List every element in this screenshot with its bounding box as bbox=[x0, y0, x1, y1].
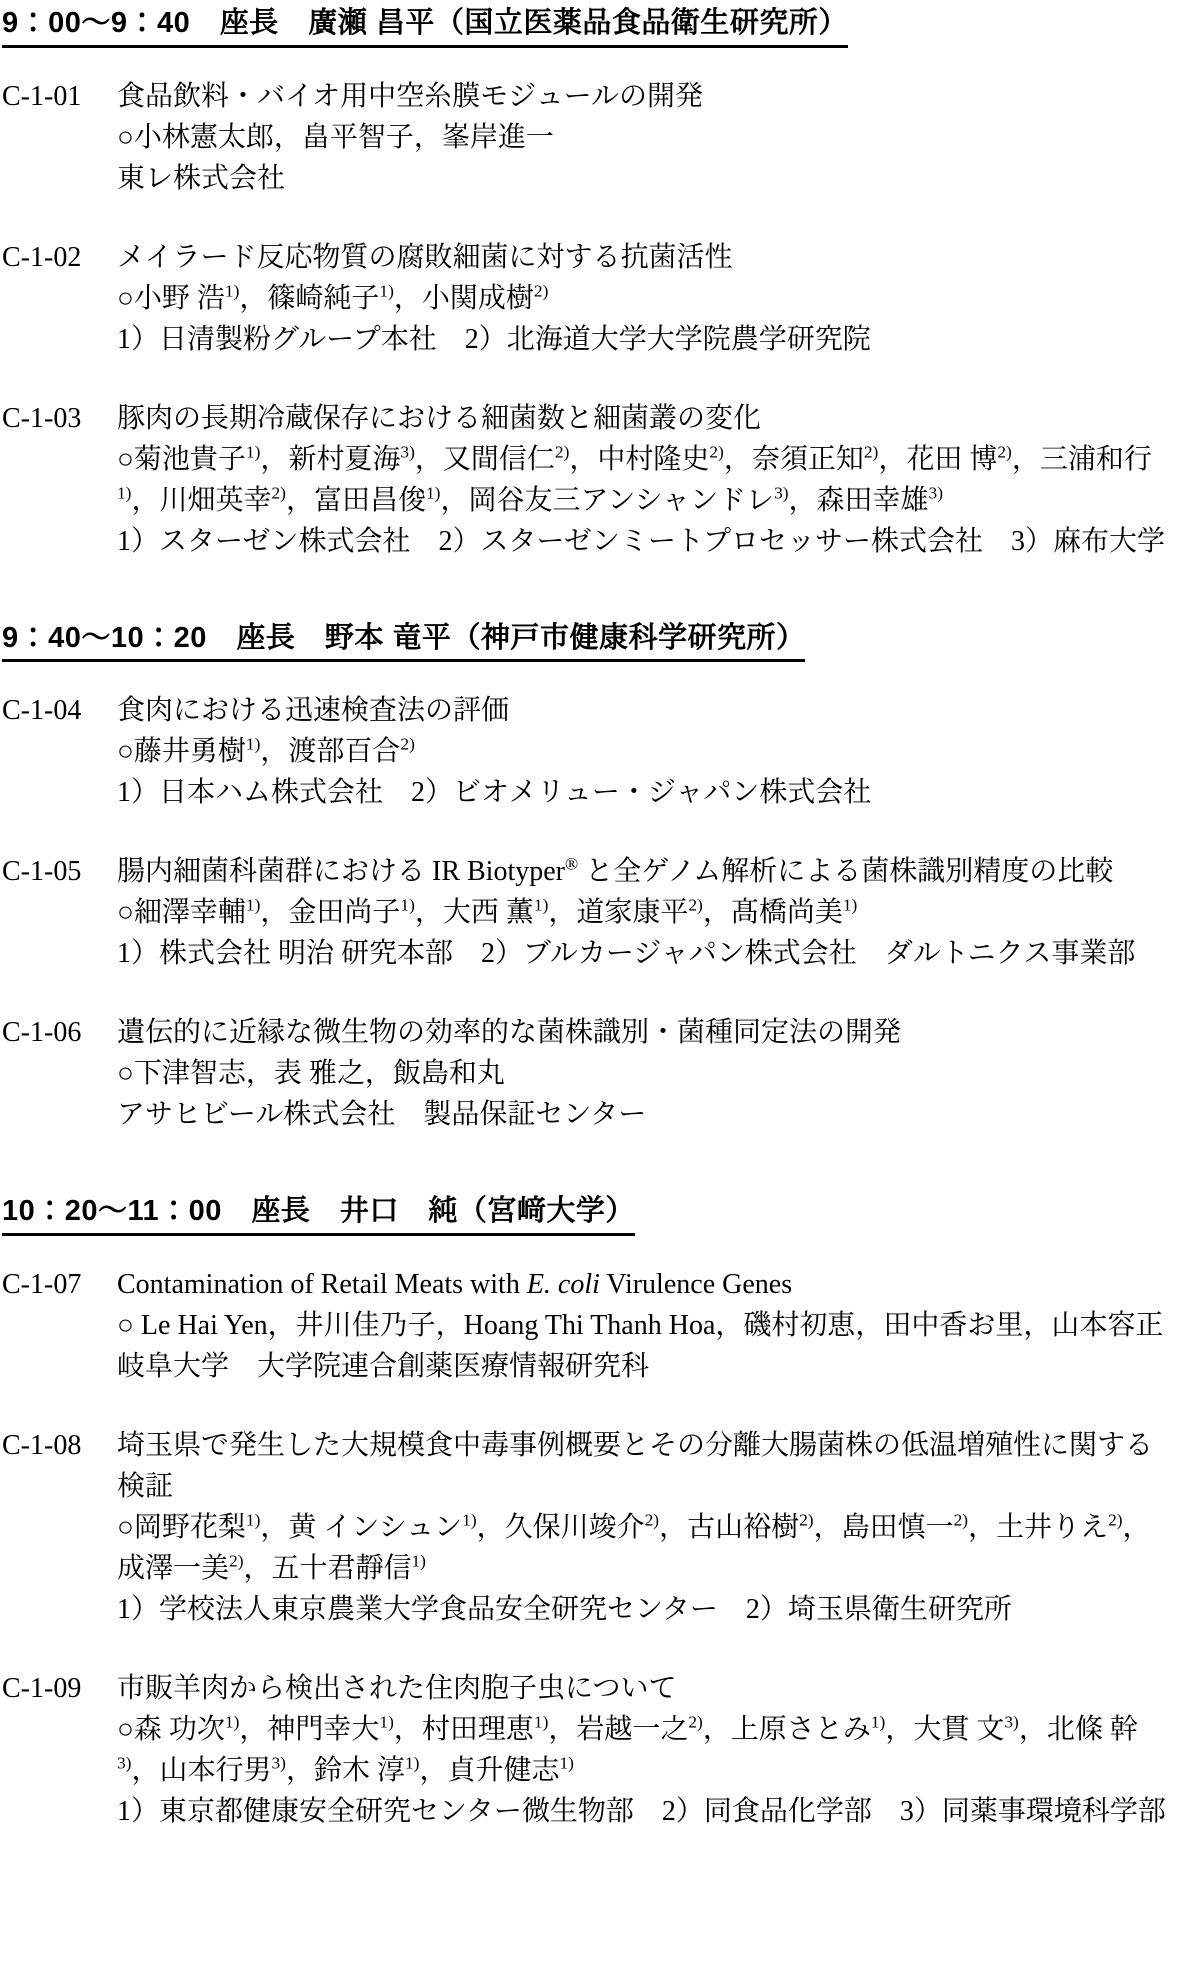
presentation-code: C-1-01 bbox=[2, 76, 117, 117]
text-segment: と全ゲノム解析による菌株識別精度の比較 bbox=[578, 856, 1113, 887]
presentation-affiliation: 1）日清製粉グループ本社 2）北海道大学大学院農学研究院 bbox=[117, 319, 1177, 360]
presentation-title: 豚肉の長期冷蔵保存における細菌数と細菌叢の変化 bbox=[117, 398, 1177, 439]
presentation-authors: ○小林憲太郎，畠平智子，峯岸進一 bbox=[117, 117, 1177, 158]
text-segment: ，久保川竣介 bbox=[477, 1512, 645, 1543]
text-segment: ，五十君靜信 bbox=[243, 1553, 411, 1584]
presentation-affiliation: 岐阜大学 大学院連合創薬医療情報研究科 bbox=[117, 1346, 1177, 1387]
text-segment: 市販羊肉から検出された住肉胞子虫について bbox=[117, 1673, 676, 1704]
presentation-affiliation: 1）学校法人東京農業大学食品安全研究センター 2）埼玉県衛生研究所 bbox=[117, 1589, 1177, 1630]
presentation-code: C-1-02 bbox=[2, 237, 117, 278]
superscript-ref: 1) bbox=[843, 896, 857, 915]
text-segment: ，貞升健志 bbox=[419, 1755, 559, 1786]
presentation-title: メイラード反応物質の腐敗細菌に対する抗菌活性 bbox=[117, 237, 1177, 278]
superscript-ref: 1) bbox=[871, 1713, 885, 1732]
text-segment: 埼玉県で発生した大規模食中毒事例概要とその分離大腸菌株の低温増殖性に関する検証 bbox=[117, 1430, 1153, 1502]
text-segment: ，中村隆史 bbox=[569, 444, 709, 475]
presentation-authors: ○ Le Hai Yen，井川佳乃子，Hoang Thi Thanh Hoa，磯… bbox=[117, 1305, 1177, 1346]
presentation: C-1-04 食肉における迅速検査法の評価 ○藤井勇樹1)，渡部百合2) 1）日… bbox=[2, 690, 1177, 813]
text-segment: 東レ株式会社 bbox=[117, 163, 285, 194]
presentation-title: Contamination of Retail Meats with E. co… bbox=[117, 1264, 1177, 1305]
presentation-authors: ○下津智志，表 雅之，飯島和丸 bbox=[117, 1053, 1177, 1094]
superscript-ref: 1) bbox=[246, 735, 260, 754]
presentation-authors: ○藤井勇樹1)，渡部百合2) bbox=[117, 731, 1177, 772]
text-segment: ○岡野花梨 bbox=[117, 1512, 246, 1543]
session-presentations: C-1-07 Contamination of Retail Meats wit… bbox=[2, 1264, 1177, 1832]
superscript-ref: 3) bbox=[929, 483, 943, 502]
text-segment: ，上原さとみ bbox=[703, 1714, 871, 1745]
text-segment: ，道家康平 bbox=[548, 897, 688, 928]
text-segment: ○藤井勇樹 bbox=[117, 736, 246, 767]
presentation-code: C-1-03 bbox=[2, 398, 117, 439]
presentation-title: 市販羊肉から検出された住肉胞子虫について bbox=[117, 1668, 1177, 1709]
presentation-content: Contamination of Retail Meats with E. co… bbox=[117, 1264, 1177, 1387]
presentation-authors: ○細澤幸輔1)，金田尚子1)，大西 薫1)，道家康平2)，髙橋尚美1) bbox=[117, 892, 1177, 933]
superscript-ref: 2) bbox=[864, 442, 878, 461]
text-segment: ，森田幸雄 bbox=[789, 485, 929, 516]
presentation-affiliation: 1）東京都健康安全研究センター微生物部 2）同食品化学部 3）同薬事環境科学部 bbox=[117, 1791, 1177, 1832]
conference-program-page: 9：00～9：40 座長 廣瀬 昌平（国立医薬品食品衛生研究所） C-1-01 … bbox=[0, 0, 1181, 1965]
presentation-content: 食品飲料・バイオ用中空糸膜モジュールの開発 ○小林憲太郎，畠平智子，峯岸進一 東… bbox=[117, 76, 1177, 199]
presentation: C-1-09 市販羊肉から検出された住肉胞子虫について ○森 功次1)，神門幸大… bbox=[2, 1668, 1177, 1832]
superscript-ref: 1) bbox=[534, 1713, 548, 1732]
session-presentations: C-1-01 食品飲料・バイオ用中空糸膜モジュールの開発 ○小林憲太郎，畠平智子… bbox=[2, 76, 1177, 562]
superscript-ref: 1) bbox=[412, 1552, 426, 1571]
text-segment: ，鈴木 淳 bbox=[286, 1755, 405, 1786]
presentation-content: 遺伝的に近縁な微生物の効率的な菌株識別・菌種同定法の開発 ○下津智志，表 雅之，… bbox=[117, 1012, 1177, 1135]
text-segment: 腸内細菌科菌群における IR Biotyper bbox=[117, 856, 565, 887]
text-segment: ○菊池貴子 bbox=[117, 444, 246, 475]
presentation-affiliation: 東レ株式会社 bbox=[117, 158, 1177, 199]
superscript-ref: 3) bbox=[774, 483, 788, 502]
superscript-ref: 1) bbox=[225, 1713, 239, 1732]
presentation-content: 埼玉県で発生した大規模食中毒事例概要とその分離大腸菌株の低温増殖性に関する検証 … bbox=[117, 1425, 1177, 1630]
presentation-content: メイラード反応物質の腐敗細菌に対する抗菌活性 ○小野 浩1)，篠崎純子1)，小関… bbox=[117, 237, 1177, 360]
superscript-ref: 3) bbox=[1004, 1713, 1018, 1732]
session-header: 9：40～10：20 座長 野本 竜平（神戸市健康科学研究所） bbox=[2, 620, 805, 663]
text-segment: メイラード反応物質の腐敗細菌に対する抗菌活性 bbox=[117, 242, 732, 273]
text-segment: ，又間信仁 bbox=[415, 444, 555, 475]
text-segment: 1）株式会社 明治 研究本部 2）ブルカージャパン株式会社 ダルトニクス事業部 bbox=[117, 938, 1135, 969]
superscript-ref: 2) bbox=[997, 442, 1011, 461]
presentation-title: 食肉における迅速検査法の評価 bbox=[117, 690, 1177, 731]
text-segment: ，黄 インシュン bbox=[260, 1512, 462, 1543]
text-segment: ，岩越一之 bbox=[548, 1714, 688, 1745]
superscript-ref: 2) bbox=[954, 1511, 968, 1530]
text-segment: ，渡部百合 bbox=[260, 736, 400, 767]
text-segment: アサヒビール株式会社 製品保証センター bbox=[117, 1099, 646, 1130]
text-segment: 1）学校法人東京農業大学食品安全研究センター 2）埼玉県衛生研究所 bbox=[117, 1594, 1012, 1625]
text-segment: ，北條 幹 bbox=[1019, 1714, 1138, 1745]
text-segment: ○小林憲太郎，畠平智子，峯岸進一 bbox=[117, 122, 554, 153]
superscript-ref: 2) bbox=[799, 1511, 813, 1530]
text-segment: Virulence Genes bbox=[600, 1269, 792, 1300]
text-segment: ，川畑英幸 bbox=[131, 485, 271, 516]
text-segment: 遺伝的に近縁な微生物の効率的な菌株識別・菌種同定法の開発 bbox=[117, 1017, 901, 1048]
text-segment: Contamination of Retail Meats with bbox=[117, 1269, 527, 1300]
superscript-ref: 1) bbox=[400, 896, 414, 915]
superscript-ref: 1) bbox=[534, 896, 548, 915]
presentation-code: C-1-07 bbox=[2, 1264, 117, 1305]
superscript-ref: 3) bbox=[271, 1754, 285, 1773]
text-segment: ○細澤幸輔 bbox=[117, 897, 246, 928]
text-segment: ，富田昌俊 bbox=[286, 485, 426, 516]
text-segment: ，小関成樹 bbox=[394, 283, 534, 314]
session: 10：20～11：00 座長 井口 純（宮﨑大学） C-1-07 Contami… bbox=[2, 1193, 1177, 1832]
presentation: C-1-05 腸内細菌科菌群における IR Biotyper® と全ゲノム解析に… bbox=[2, 851, 1177, 974]
presentation-authors: ○小野 浩1)，篠崎純子1)，小関成樹2) bbox=[117, 278, 1177, 319]
superscript-ref: 1) bbox=[246, 896, 260, 915]
text-segment: ○ Le Hai Yen，井川佳乃子，Hoang Thi Thanh Hoa，磯… bbox=[117, 1310, 1163, 1341]
text-segment: ○森 功次 bbox=[117, 1714, 225, 1745]
session: 9：40～10：20 座長 野本 竜平（神戸市健康科学研究所） C-1-04 食… bbox=[2, 620, 1177, 1136]
superscript-ref: 1) bbox=[117, 483, 131, 502]
superscript-ref: 2) bbox=[555, 442, 569, 461]
text-segment: 1）スターゼン株式会社 2）スターゼンミートプロセッサー株式会社 3）麻布大学 bbox=[117, 526, 1165, 557]
presentation-authors: ○岡野花梨1)，黄 インシュン1)，久保川竣介2)，古山裕樹2)，島田慎一2)，… bbox=[117, 1507, 1177, 1589]
superscript-ref: 2) bbox=[645, 1511, 659, 1530]
superscript-ref: 3) bbox=[400, 442, 414, 461]
superscript-ref: 2) bbox=[688, 1713, 702, 1732]
presentation-affiliation: 1）株式会社 明治 研究本部 2）ブルカージャパン株式会社 ダルトニクス事業部 bbox=[117, 933, 1177, 974]
superscript-ref: 1) bbox=[405, 1754, 419, 1773]
text-segment: ，島田慎一 bbox=[814, 1512, 954, 1543]
presentation-affiliation: 1）日本ハム株式会社 2）ビオメリュー・ジャパン株式会社 bbox=[117, 772, 1177, 813]
superscript-ref: 1) bbox=[462, 1511, 476, 1530]
superscript-ref: 1) bbox=[559, 1754, 573, 1773]
presentation-code: C-1-06 bbox=[2, 1012, 117, 1053]
session-presentations: C-1-04 食肉における迅速検査法の評価 ○藤井勇樹1)，渡部百合2) 1）日… bbox=[2, 690, 1177, 1135]
superscript-ref: 2) bbox=[229, 1552, 243, 1571]
text-segment: ，奈須正知 bbox=[724, 444, 864, 475]
superscript-ref: 2) bbox=[400, 735, 414, 754]
text-segment: ，新村夏海 bbox=[260, 444, 400, 475]
sessions-list: 9：00～9：40 座長 廣瀬 昌平（国立医薬品食品衛生研究所） C-1-01 … bbox=[2, 5, 1177, 1832]
text-segment: ○小野 浩 bbox=[117, 283, 225, 314]
presentation-code: C-1-09 bbox=[2, 1668, 117, 1709]
superscript-ref: ® bbox=[565, 855, 578, 874]
superscript-ref: 1) bbox=[246, 442, 260, 461]
text-segment: ，髙橋尚美 bbox=[703, 897, 843, 928]
superscript-ref: 2) bbox=[1108, 1511, 1122, 1530]
text-segment: ，金田尚子 bbox=[260, 897, 400, 928]
text-segment: ，山本行男 bbox=[131, 1755, 271, 1786]
text-segment: ，三浦和行 bbox=[1012, 444, 1152, 475]
text-segment: ，古山裕樹 bbox=[659, 1512, 799, 1543]
text-segment: 豚肉の長期冷蔵保存における細菌数と細菌叢の変化 bbox=[117, 403, 761, 434]
text-segment: ，大貫 文 bbox=[885, 1714, 1004, 1745]
presentation-affiliation: アサヒビール株式会社 製品保証センター bbox=[117, 1094, 1177, 1135]
presentation-content: 腸内細菌科菌群における IR Biotyper® と全ゲノム解析による菌株識別精… bbox=[117, 851, 1177, 974]
presentation-content: 豚肉の長期冷蔵保存における細菌数と細菌叢の変化 ○菊池貴子1)，新村夏海3)，又… bbox=[117, 398, 1177, 562]
presentation-code: C-1-08 bbox=[2, 1425, 117, 1466]
superscript-ref: 1) bbox=[426, 483, 440, 502]
presentation-content: 市販羊肉から検出された住肉胞子虫について ○森 功次1)，神門幸大1)，村田理恵… bbox=[117, 1668, 1177, 1832]
presentation-code: C-1-04 bbox=[2, 690, 117, 731]
superscript-ref: 3) bbox=[117, 1754, 131, 1773]
text-segment: 1）東京都健康安全研究センター微生物部 2）同食品化学部 3）同薬事環境科学部 bbox=[117, 1796, 1166, 1827]
text-segment: ，花田 博 bbox=[878, 444, 997, 475]
superscript-ref: 2) bbox=[271, 483, 285, 502]
text-segment: 食肉における迅速検査法の評価 bbox=[117, 695, 509, 726]
superscript-ref: 1) bbox=[246, 1511, 260, 1530]
presentation-affiliation: 1）スターゼン株式会社 2）スターゼンミートプロセッサー株式会社 3）麻布大学 bbox=[117, 521, 1177, 562]
presentation-title: 腸内細菌科菌群における IR Biotyper® と全ゲノム解析による菌株識別精… bbox=[117, 851, 1177, 892]
session-header: 10：20～11：00 座長 井口 純（宮﨑大学） bbox=[2, 1193, 635, 1236]
italic-text: E. coli bbox=[527, 1269, 600, 1300]
text-segment: ，岡谷友三アンシャンドレ bbox=[440, 485, 774, 516]
presentation: C-1-08 埼玉県で発生した大規模食中毒事例概要とその分離大腸菌株の低温増殖性… bbox=[2, 1425, 1177, 1630]
text-segment: 1）日清製粉グループ本社 2）北海道大学大学院農学研究院 bbox=[117, 324, 871, 355]
presentation: C-1-03 豚肉の長期冷蔵保存における細菌数と細菌叢の変化 ○菊池貴子1)，新… bbox=[2, 398, 1177, 562]
text-segment: ○下津智志，表 雅之，飯島和丸 bbox=[117, 1058, 505, 1089]
presentation-authors: ○森 功次1)，神門幸大1)，村田理恵1)，岩越一之2)，上原さとみ1)，大貫 … bbox=[117, 1709, 1177, 1791]
text-segment: ，大西 薫 bbox=[415, 897, 534, 928]
presentation-title: 埼玉県で発生した大規模食中毒事例概要とその分離大腸菌株の低温増殖性に関する検証 bbox=[117, 1425, 1177, 1507]
presentation: C-1-01 食品飲料・バイオ用中空糸膜モジュールの開発 ○小林憲太郎，畠平智子… bbox=[2, 76, 1177, 199]
session-header: 9：00～9：40 座長 廣瀬 昌平（国立医薬品食品衛生研究所） bbox=[2, 5, 848, 48]
presentation-title: 遺伝的に近縁な微生物の効率的な菌株識別・菌種同定法の開発 bbox=[117, 1012, 1177, 1053]
text-segment: ，村田理恵 bbox=[394, 1714, 534, 1745]
presentation-code: C-1-05 bbox=[2, 851, 117, 892]
text-segment: 1）日本ハム株式会社 2）ビオメリュー・ジャパン株式会社 bbox=[117, 777, 871, 808]
presentation-content: 食肉における迅速検査法の評価 ○藤井勇樹1)，渡部百合2) 1）日本ハム株式会社… bbox=[117, 690, 1177, 813]
superscript-ref: 1) bbox=[379, 281, 393, 300]
superscript-ref: 2) bbox=[688, 896, 702, 915]
text-segment: ，神門幸大 bbox=[239, 1714, 379, 1745]
presentation: C-1-06 遺伝的に近縁な微生物の効率的な菌株識別・菌種同定法の開発 ○下津智… bbox=[2, 1012, 1177, 1135]
presentation-authors: ○菊池貴子1)，新村夏海3)，又間信仁2)，中村隆史2)，奈須正知2)，花田 博… bbox=[117, 439, 1177, 521]
superscript-ref: 2) bbox=[709, 442, 723, 461]
presentation: C-1-02 メイラード反応物質の腐敗細菌に対する抗菌活性 ○小野 浩1)，篠崎… bbox=[2, 237, 1177, 360]
presentation: C-1-07 Contamination of Retail Meats wit… bbox=[2, 1264, 1177, 1387]
text-segment: 食品飲料・バイオ用中空糸膜モジュールの開発 bbox=[117, 81, 703, 112]
superscript-ref: 1) bbox=[379, 1713, 393, 1732]
superscript-ref: 1) bbox=[225, 281, 239, 300]
presentation-title: 食品飲料・バイオ用中空糸膜モジュールの開発 bbox=[117, 76, 1177, 117]
text-segment: ，篠崎純子 bbox=[239, 283, 379, 314]
session: 9：00～9：40 座長 廣瀬 昌平（国立医薬品食品衛生研究所） C-1-01 … bbox=[2, 5, 1177, 562]
text-segment: ，土井りえ bbox=[968, 1512, 1108, 1543]
superscript-ref: 2) bbox=[534, 281, 548, 300]
text-segment: 岐阜大学 大学院連合創薬医療情報研究科 bbox=[117, 1351, 649, 1382]
